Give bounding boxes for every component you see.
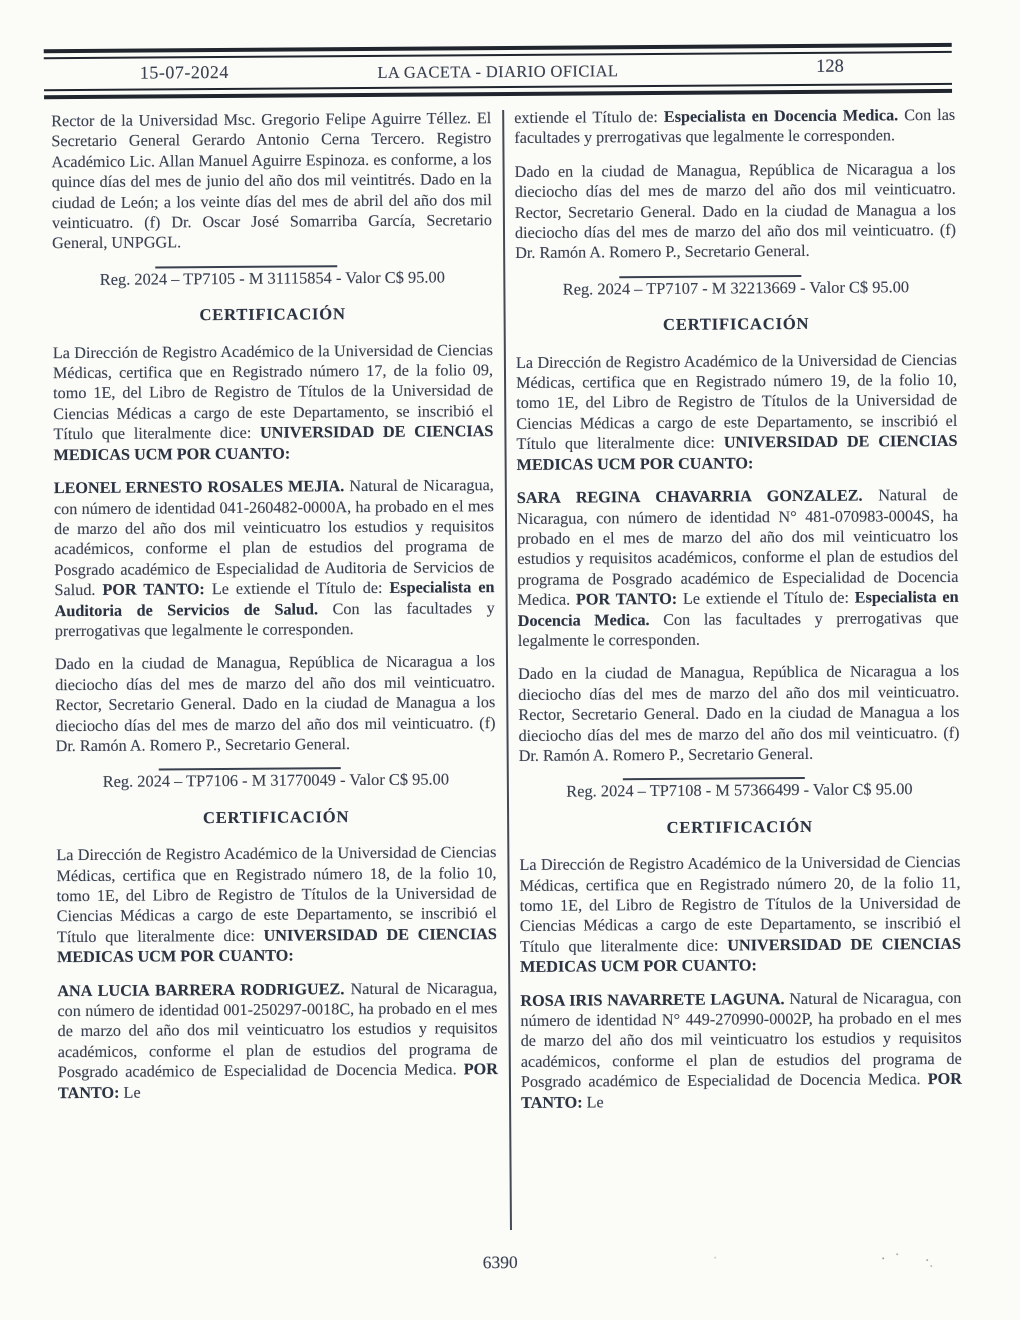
text-run: extiende el Título de:: [514, 108, 664, 127]
header-row: 15-07-2024 LA GACETA - DIARIO OFICIAL 12…: [44, 53, 952, 89]
registration-line-tp7108: Reg. 2024 – TP7108 - M 57366499 - Valor …: [519, 776, 960, 802]
certification-heading: CERTIFICACIÓN: [56, 806, 496, 829]
paragraph-leonel-rosales: LEONEL ERNESTO ROSALES MEJIA. Natural de…: [54, 475, 495, 641]
gazette-page: 15-07-2024 LA GACETA - DIARIO OFICIAL 12…: [0, 0, 1020, 1320]
left-column: Rector de la Universidad Msc. Gregorio F…: [51, 108, 499, 1233]
text-run: Dado en la ciudad de Managua, República …: [55, 652, 496, 755]
text-run: Le: [119, 1083, 140, 1101]
scan-artifact: [882, 1257, 884, 1259]
text-run: Le: [582, 1093, 603, 1111]
paragraph-rector-unpggl: Rector de la Universidad Msc. Gregorio F…: [51, 108, 492, 254]
certification-heading: CERTIFICACIÓN: [519, 816, 960, 839]
paragraph-cert-registro-19: La Dirección de Registro Académico de la…: [516, 350, 958, 476]
paragraph-dado-managua: Dado en la ciudad de Managua, República …: [55, 651, 496, 756]
text-run: Rector de la Universidad Msc. Gregorio F…: [51, 109, 492, 253]
paragraph-dado-managua: Dado en la ciudad de Managua, República …: [515, 159, 957, 264]
scanned-sheet: 15-07-2024 LA GACETA - DIARIO OFICIAL 12…: [0, 0, 1020, 1320]
column-divider: [502, 110, 512, 1230]
header-page-number: 128: [816, 57, 844, 78]
paragraph-cert-registro-20: La Dirección de Registro Académico de la…: [519, 852, 961, 978]
paragraph-rosa-navarrete: ROSA IRIS NAVARRETE LAGUNA. Natural de N…: [520, 987, 962, 1113]
paragraph-dado-managua: Dado en la ciudad de Managua, República …: [518, 661, 960, 766]
registration-line-tp7107: Reg. 2024 – TP7107 - M 32213669 - Valor …: [515, 274, 956, 300]
right-column: extiende el Título de: Especialista en D…: [514, 105, 963, 1230]
registration-text: Reg. 2024 – TP7105 - M 31115854 - Valor …: [100, 267, 445, 288]
two-column-content: Rector de la Universidad Msc. Gregorio F…: [51, 105, 964, 1233]
paragraph-titulo-continuation: extiende el Título de: Especialista en D…: [514, 105, 955, 149]
text-run-bold: POR TANTO:: [576, 590, 677, 609]
paragraph-cert-registro-18: La Dirección de Registro Académico de la…: [56, 842, 497, 968]
registration-text: Reg. 2024 – TP7106 - M 31770049 - Valor …: [103, 770, 449, 791]
paragraph-cert-registro-17: La Dirección de Registro Académico de la…: [53, 340, 494, 466]
certification-heading: CERTIFICACIÓN: [516, 313, 957, 336]
text-run: Le extiende el Título de:: [205, 579, 390, 598]
text-run: Dado en la ciudad de Managua, República …: [518, 662, 960, 765]
text-run-bold: Especialista en Docencia Medica.: [664, 106, 898, 126]
text-run-bold: LEONEL ERNESTO ROSALES MEJIA.: [54, 477, 345, 497]
registration-line-tp7105: Reg. 2024 – TP7105 - M 31115854 - Valor …: [52, 264, 492, 290]
paragraph-sara-chavarria: SARA REGINA CHAVARRIA GONZALEZ. Natural …: [517, 485, 959, 651]
text-run-bold: SARA REGINA CHAVARRIA GONZALEZ.: [517, 487, 863, 507]
text-run: Dado en la ciudad de Managua, República …: [515, 160, 957, 263]
text-run-bold: ANA LUCIA BARRERA RODRIGUEZ.: [57, 980, 344, 1000]
footer-folio-number: 6390: [0, 1249, 1010, 1277]
text-run-bold: ROSA IRIS NAVARRETE LAGUNA.: [520, 990, 784, 1010]
header-rule-bottom-thick: [44, 89, 952, 99]
registration-text: Reg. 2024 – TP7108 - M 57366499 - Valor …: [566, 780, 912, 801]
page-header: 15-07-2024 LA GACETA - DIARIO OFICIAL 12…: [44, 43, 952, 99]
registration-text: Reg. 2024 – TP7107 - M 32213669 - Valor …: [563, 277, 909, 298]
text-run-bold: POR TANTO:: [102, 580, 204, 599]
header-date: 15-07-2024: [140, 62, 229, 84]
header-title: LA GACETA - DIARIO OFICIAL: [377, 61, 618, 83]
paragraph-ana-barrera: ANA LUCIA BARRERA RODRIGUEZ. Natural de …: [57, 978, 498, 1104]
registration-line-tp7106: Reg. 2024 – TP7106 - M 31770049 - Valor …: [56, 766, 496, 792]
text-run: Le extiende el Título de:: [677, 589, 855, 608]
certification-heading: CERTIFICACIÓN: [53, 303, 493, 326]
